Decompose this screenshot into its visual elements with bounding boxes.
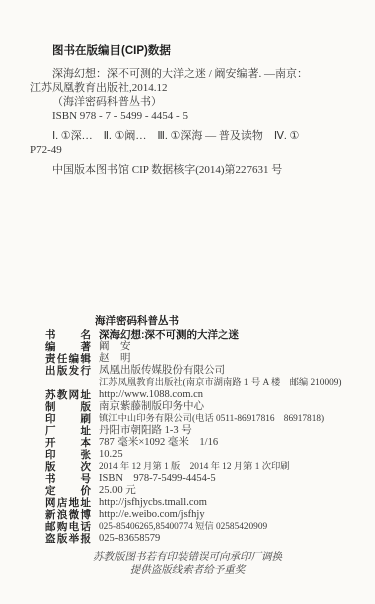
row-label: 开本: [45, 437, 91, 449]
row-value: http://www.1088.com.cn: [99, 389, 367, 401]
book-copyright-page: 图书在版编目(CIP)数据 深海幻想：深不可测的大洋之迷 / 阚安编著. —南京…: [0, 0, 375, 604]
colophon-row: 苏教网址 http://www.1088.com.cn: [45, 389, 367, 401]
colophon-row: 编著 阚 安: [45, 341, 367, 353]
cip-line: Ⅰ. ①深… Ⅱ. ①阚… Ⅲ. ①深海 — 普及读物 Ⅳ. ①: [30, 129, 361, 143]
colophon-row: 书号 ISBN 978-7-5499-4454-5: [45, 473, 367, 485]
footer-note-line: 提供盗版线索者给予重奖: [0, 564, 375, 577]
row-label: 制版: [45, 401, 91, 413]
row-label: 厂址: [45, 425, 91, 437]
row-value: 10.25: [99, 449, 367, 461]
colophon-row: 开本 787 毫米×1092 毫米 1/16: [45, 437, 367, 449]
colophon-row: 印刷 镇江中山印务有限公司(电话 0511-86917816 86917818): [45, 413, 367, 425]
colophon-section: 海洋密码科普丛书 书名 深海幻想:深不可测的大洋之迷 编著 阚 安 责任编辑 赵…: [45, 315, 367, 545]
cip-line: 江苏凤凰教育出版社,2014.12: [30, 81, 361, 95]
row-label: 编著: [45, 341, 91, 353]
row-value: 深海幻想:深不可测的大洋之迷: [99, 329, 367, 341]
colophon-row: 出版发行 凤凰出版传媒股份有限公司: [45, 365, 367, 377]
cip-line: 深海幻想：深不可测的大洋之迷 / 阚安编著. —南京：: [30, 67, 361, 81]
colophon-row: 印张 10.25: [45, 449, 367, 461]
row-value: 025-83658579: [99, 533, 367, 545]
colophon-row: 盗版举报 025-83658579: [45, 533, 367, 545]
colophon-rows: 书名 深海幻想:深不可测的大洋之迷 编著 阚 安 责任编辑 赵 明 出版发行 凤…: [45, 329, 367, 545]
row-label: 苏教网址: [45, 389, 91, 401]
row-label: 网店地址: [45, 497, 91, 509]
colophon-row: 制版 南京紫藤制版印务中心: [45, 401, 367, 413]
footer-note-line: 苏教版图书若有印装错误可向承印厂调换: [0, 551, 375, 564]
cip-lines: 深海幻想：深不可测的大洋之迷 / 阚安编著. —南京：江苏凤凰教育出版社,201…: [30, 67, 361, 177]
cip-line: 中国版本图书馆 CIP 数据核字(2014)第227631 号: [30, 163, 361, 177]
row-value: http://jsfhjycbs.tmall.com: [99, 497, 367, 509]
colophon-row: 江苏凤凰教育出版社(南京市湖南路 1 号 A 楼 邮编 210009): [45, 377, 367, 389]
series-title: 海洋密码科普丛书: [45, 315, 367, 328]
row-value: 镇江中山印务有限公司(电话 0511-86917816 86917818): [99, 413, 367, 425]
row-value: 2014 年 12 月第 1 版 2014 年 12 月第 1 次印刷: [99, 461, 367, 473]
cip-line: ISBN 978 - 7 - 5499 - 4454 - 5: [30, 109, 361, 123]
row-label: 新浪微博: [45, 509, 91, 521]
row-value: 凤凰出版传媒股份有限公司: [99, 365, 367, 377]
row-label: 书号: [45, 473, 91, 485]
row-value: 南京紫藤制版印务中心: [99, 401, 367, 413]
cip-section: 图书在版编目(CIP)数据 深海幻想：深不可测的大洋之迷 / 阚安编著. —南京…: [30, 44, 361, 177]
colophon-row: 邮购电话 025-85406265,85400774 短信 0258542090…: [45, 521, 367, 533]
row-label: 印刷: [45, 413, 91, 425]
cip-line: （海洋密码科普丛书）: [30, 95, 361, 109]
row-value: 江苏凤凰教育出版社(南京市湖南路 1 号 A 楼 邮编 210009): [99, 377, 367, 389]
row-label: 盗版举报: [45, 533, 91, 545]
row-value: 025-85406265,85400774 短信 02585420909: [99, 521, 367, 533]
row-label: 印张: [45, 449, 91, 461]
row-value: 787 毫米×1092 毫米 1/16: [99, 437, 367, 449]
footer-notes: 苏教版图书若有印装错误可向承印厂调换提供盗版线索者给予重奖: [0, 551, 375, 577]
row-label: [45, 377, 91, 389]
colophon-row: 厂址 丹阳市朝阳路 1-3 号: [45, 425, 367, 437]
row-value: http://e.weibo.com/jsfhjy: [99, 509, 367, 521]
colophon-row: 责任编辑 赵 明: [45, 353, 367, 365]
row-value: 丹阳市朝阳路 1-3 号: [99, 425, 367, 437]
row-value: 阚 安: [99, 341, 367, 353]
row-label: 版次: [45, 461, 91, 473]
row-label: 定价: [45, 485, 91, 497]
row-value: 赵 明: [99, 353, 367, 365]
row-label: 邮购电话: [45, 521, 91, 533]
row-label: 书名: [45, 329, 91, 341]
colophon-row: 定价 25.00 元: [45, 485, 367, 497]
colophon-row: 网店地址 http://jsfhjycbs.tmall.com: [45, 497, 367, 509]
colophon-row: 新浪微博 http://e.weibo.com/jsfhjy: [45, 509, 367, 521]
colophon-row: 版次 2014 年 12 月第 1 版 2014 年 12 月第 1 次印刷: [45, 461, 367, 473]
colophon-row: 书名 深海幻想:深不可测的大洋之迷: [45, 329, 367, 341]
row-label: 责任编辑: [45, 353, 91, 365]
row-value: 25.00 元: [99, 485, 367, 497]
row-label: 出版发行: [45, 365, 91, 377]
cip-line: P72-49: [30, 143, 361, 157]
cip-header: 图书在版编目(CIP)数据: [52, 44, 361, 58]
row-value: ISBN 978-7-5499-4454-5: [99, 473, 367, 485]
